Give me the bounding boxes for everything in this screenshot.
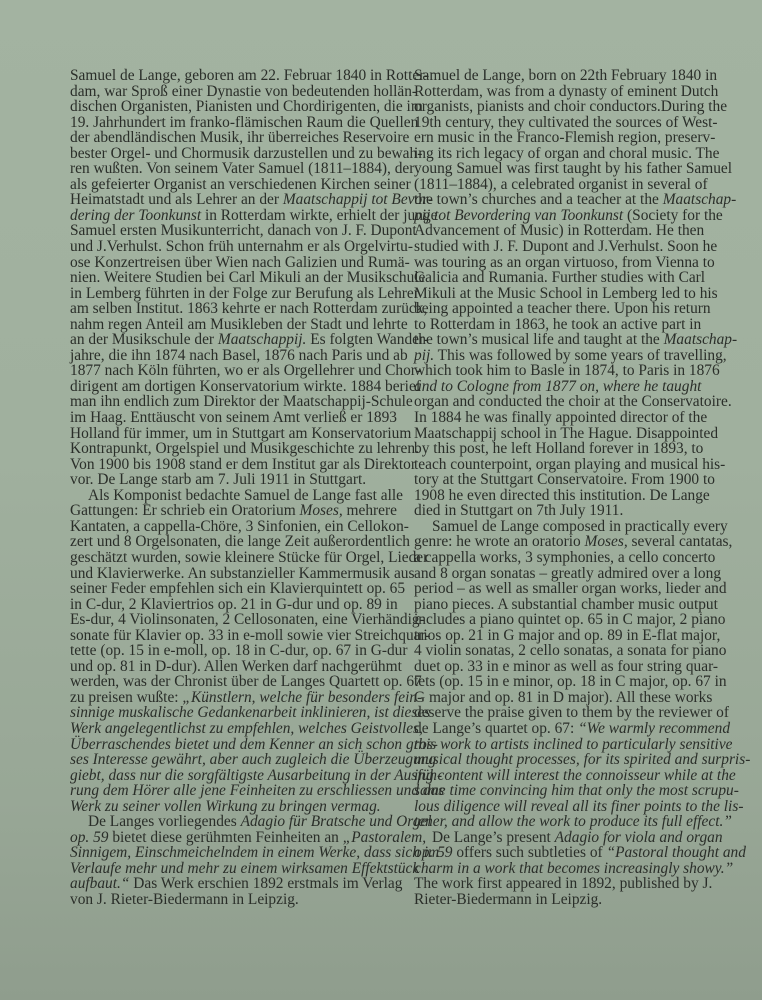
italic-text: op. 59 [70, 829, 108, 846]
text-run: tory at the Stuttgart Conservatoire. Fro… [414, 471, 715, 488]
text-run: de Lange’s quartet op. 67: [414, 720, 578, 737]
text-line: 1877 nach Köln führten, wo er als Orgell… [70, 363, 386, 379]
text-run: several cantatas, [628, 533, 733, 550]
text-run: Holland für immer, um in Stuttgart am Ko… [70, 425, 411, 442]
text-run: als gefeierter Organist an verschiedenen… [70, 176, 411, 193]
text-run: Samuel de Lange, born on 22th February 1… [414, 67, 717, 84]
italic-text: pij tot Bevordering van Toonkunst [414, 207, 623, 224]
text-line: 19. Jahrhundert im franko-flämischen Rau… [70, 115, 386, 131]
english-paragraph: De Lange’s present Adagio for viola and … [414, 830, 698, 908]
english-text-column: Samuel de Lange, born on 22th February 1… [414, 68, 698, 908]
text-line: und op. 81 in D-dur). Allen Werken darf … [70, 659, 386, 675]
text-run: 19. Jahrhundert im franko-flämischen Rau… [70, 114, 418, 131]
text-run: the town’s musical life and taught at th… [414, 331, 664, 348]
text-line: op. 59 offers such subtleties of “Pastor… [414, 845, 698, 861]
text-line: ern music in the Franco-Flemish region, … [414, 130, 698, 146]
text-run: died in Stuttgart on 7th July 1911. [414, 502, 623, 519]
text-line: duet op. 33 in e minor as well as four s… [414, 659, 698, 675]
italic-text: Überraschendes bietet und dem Kenner an … [70, 736, 438, 753]
text-run: am selben Institut. 1863 kehrte er nach … [70, 300, 427, 317]
text-line: Samuel de Lange composed in practically … [414, 519, 698, 535]
text-line: (1811–1884), a celebrated organist in se… [414, 177, 698, 193]
text-line: dam, war Sproß einer Dynastie von bedeut… [70, 84, 386, 100]
german-paragraph: De Langes vorliegendes Adagio für Bratsc… [70, 814, 386, 907]
text-line: to Rotterdam in 1863, he took an active … [414, 317, 698, 333]
text-line: 1908 he even directed this institution. … [414, 488, 698, 504]
text-line: and to Cologne from 1877 on, where he ta… [414, 379, 698, 395]
text-line: being appointed a teacher there. Upon hi… [414, 301, 698, 317]
text-line: this work to artists inclined to particu… [414, 737, 698, 753]
text-run: Als Komponist bedachte Samuel de Lange f… [88, 487, 403, 504]
text-run: Kontrapunkt, Orgelspiel und Musikgeschic… [70, 440, 419, 457]
text-line: Advancement of Music) in Rotterdam. He t… [414, 223, 698, 239]
text-line: Samuel ersten Musikunterricht, danach vo… [70, 223, 386, 239]
text-run: man ihn endlich zum Direktor der Maatsch… [70, 393, 413, 410]
text-line: giebt, dass nur die sorgfältigste Ausarb… [70, 768, 386, 784]
italic-text: “We warmly recommend [578, 720, 730, 737]
text-line: Werk zu seiner vollen Wirkung zu bringen… [70, 799, 386, 815]
text-line: ose Konzertreisen über Wien nach Galizie… [70, 255, 386, 271]
italic-text: ses Interesse gewährt, aber auch zugleic… [70, 751, 436, 768]
text-line: vor. De Lange starb am 7. Juli 1911 in S… [70, 472, 386, 488]
text-run: organ and conducted the choir at the Con… [414, 393, 732, 410]
italic-text: lous diligence will reveal all its finer… [414, 798, 743, 815]
text-run: organists, pianists and choir conductors… [414, 98, 727, 115]
text-run: Das Werk erschien 1892 erstmals im Verla… [129, 875, 402, 892]
text-line: pij. This was followed by some years of … [414, 348, 698, 364]
text-run: genre: he wrote an oratorio [414, 533, 585, 550]
text-line: seiner Feder empfehlen sich ein Klavierq… [70, 581, 386, 597]
text-line: teach counterpoint, organ playing and mu… [414, 457, 698, 473]
text-line: Maatschappij school in The Hague. Disapp… [414, 426, 698, 442]
text-run: piano pieces. A substantial chamber musi… [414, 596, 718, 613]
text-run: und J.Verhulst. Schon früh unternahm er … [70, 238, 413, 255]
text-run: The work first appeared in 1892, publish… [414, 875, 712, 892]
text-run: and 8 organ sonatas – greatly admired ov… [414, 565, 721, 582]
text-line: tory at the Stuttgart Conservatoire. Fro… [414, 472, 698, 488]
text-run: Galicia and Rumania. Further studies wit… [414, 269, 705, 286]
text-run: nien. Weitere Studien bei Carl Mikuli an… [70, 269, 425, 286]
text-run: 1908 he even directed this institution. … [414, 487, 710, 504]
text-run: to Rotterdam in 1863, he took an active … [414, 316, 701, 333]
text-line: lous diligence will reveal all its finer… [414, 799, 698, 815]
text-run: duet op. 33 in e minor as well as four s… [414, 658, 718, 675]
text-run: ose Konzertreisen über Wien nach Galizie… [70, 254, 410, 271]
text-run: studied with J. F. Dupont and J.Verhulst… [414, 238, 717, 255]
text-line: young Samuel was first taught by his fat… [414, 161, 698, 177]
text-line: Verlaufe mehr und mehr zu einem wirksame… [70, 861, 386, 877]
text-run: vor. De Lange starb am 7. Juli 1911 in S… [70, 471, 366, 488]
text-line: sinnige muskalische Gedankenarbeit inkli… [70, 705, 386, 721]
italic-text: pij. [414, 347, 434, 364]
text-line: dering der Toonkunst in Rotterdam wirkte… [70, 208, 386, 224]
text-line: Kontrapunkt, Orgelspiel und Musikgeschic… [70, 441, 386, 457]
english-paragraph: Samuel de Lange composed in practically … [414, 519, 698, 830]
text-line: zert und 8 Orgelsonaten, die lange Zeit … [70, 534, 386, 550]
text-line: im Haag. Enttäuscht von seinem Amt verli… [70, 410, 386, 426]
text-run: offers such subtleties of [452, 844, 606, 861]
italic-text: Maatschappij tot Bevor- [283, 191, 433, 208]
italic-text: Adagio for viola and organ [555, 829, 723, 846]
text-run: sonate für Klavier op. 33 in e-moll sowi… [70, 627, 430, 644]
text-line: tener, and allow the work to produce its… [414, 814, 698, 830]
text-run: (1811–1884), a celebrated organist in se… [414, 176, 708, 193]
text-run: und Klavierwerke. An substanzieller Kamm… [70, 565, 415, 582]
text-line: ing content will interest the connoisseu… [414, 768, 698, 784]
text-line: Überraschendes bietet und dem Kenner an … [70, 737, 386, 753]
italic-text: Maatschap- [664, 331, 738, 348]
text-run: Es-dur, 4 Violinsonaten, 2 Cellosonaten,… [70, 611, 425, 628]
text-run: zert und 8 Orgelsonaten, die lange Zeit … [70, 533, 410, 550]
text-run: geschätzt wurden, sowie kleinere Stücke … [70, 549, 428, 566]
text-run: was touring as an organ virtuoso, from V… [414, 254, 715, 271]
text-run: mehrere [343, 502, 397, 519]
text-line: Sinnigem, Einschmeichelndem in einem Wer… [70, 845, 386, 861]
text-line: an der Musikschule der Maatschappij. Es … [70, 332, 386, 348]
text-run: a cappella works, 3 symphonies, a cello … [414, 549, 715, 566]
text-run: Samuel de Lange composed in practically … [432, 518, 728, 535]
text-line: Heimatstadt und als Lehrer an der Maatsc… [70, 192, 386, 208]
text-run: dam, war Sproß einer Dynastie von bedeut… [70, 83, 417, 100]
text-line: and 8 organ sonatas – greatly admired ov… [414, 566, 698, 582]
text-run: which took him to Basle in 1874, to Pari… [414, 362, 720, 379]
text-line: 19th century, they cultivated the source… [414, 115, 698, 131]
text-line: sonate für Klavier op. 33 in e-moll sowi… [70, 628, 386, 644]
text-run: in Rotterdam wirkte, erhielt der junge [201, 207, 437, 224]
text-line: same time convincing him that only the m… [414, 783, 698, 799]
german-paragraph: Als Komponist bedachte Samuel de Lange f… [70, 488, 386, 814]
text-line: Mikuli at the Music School in Lemberg le… [414, 286, 698, 302]
text-line: charm in a work that becomes increasingl… [414, 861, 698, 877]
text-line: tets (op. 15 in e minor, op. 18 in C maj… [414, 674, 698, 690]
italic-text: ing content will interest the connoisseu… [414, 767, 736, 784]
italic-text: „Künstlern, welche für besonders fein- [182, 689, 422, 706]
text-line: Kantaten, a cappella-Chöre, 3 Sinfonien,… [70, 519, 386, 535]
text-run: in C-dur, 2 Klaviertrios op. 21 in G-dur… [70, 596, 398, 613]
text-line: organ and conducted the choir at the Con… [414, 394, 698, 410]
text-run: the town’s churches and a teacher at the [414, 191, 663, 208]
text-line: pij tot Bevordering van Toonkunst (Socie… [414, 208, 698, 224]
text-run: deserve the praise given to them by the … [414, 704, 729, 721]
text-line: tette (op. 15 in e-moll, op. 18 in C-dur… [70, 643, 386, 659]
text-line: dirigent am dortigen Konservatorium wirk… [70, 379, 386, 395]
german-paragraph: Samuel de Lange, geboren am 22. Februar … [70, 68, 386, 488]
text-run: dischen Organisten, Pianisten und Chordi… [70, 98, 423, 115]
text-line: man ihn endlich zum Direktor der Maatsch… [70, 394, 386, 410]
text-line: aufbaut.“ Das Werk erschien 1892 erstmal… [70, 876, 386, 892]
italic-text: Maatschappij. [218, 331, 307, 348]
text-run: in Lemberg führten in der Folge zur Beru… [70, 285, 419, 302]
text-line: Als Komponist bedachte Samuel de Lange f… [70, 488, 386, 504]
text-line: jahre, die ihn 1874 nach Basel, 1876 nac… [70, 348, 386, 364]
text-line: als gefeierter Organist an verschiedenen… [70, 177, 386, 193]
italic-text: sinnige muskalische Gedankenarbeit inkli… [70, 704, 430, 721]
text-run: Gattungen: Er schrieb ein Oratorium [70, 502, 300, 519]
text-run: dirigent am dortigen Konservatorium wirk… [70, 378, 421, 395]
text-line: de Lange’s quartet op. 67: “We warmly re… [414, 721, 698, 737]
text-run: seiner Feder empfehlen sich ein Klavierq… [70, 580, 405, 597]
text-run: tette (op. 15 in e-moll, op. 18 in C-dur… [70, 642, 408, 659]
italic-text: musical thought processes, for its spiri… [414, 751, 750, 768]
text-run: 4 violin sonatas, 2 cello sonatas, a son… [414, 642, 726, 659]
english-paragraph: Samuel de Lange, born on 22th February 1… [414, 68, 698, 519]
text-line: Holland für immer, um in Stuttgart am Ko… [70, 426, 386, 442]
italic-text: Sinnigem, Einschmeichelndem in einem Wer… [70, 844, 439, 861]
text-line: Es-dur, 4 Violinsonaten, 2 Cellosonaten,… [70, 612, 386, 628]
text-line: which took him to Basle in 1874, to Pari… [414, 363, 698, 379]
text-run: 1877 nach Köln führten, wo er als Orgell… [70, 362, 421, 379]
german-text-column: Samuel de Lange, geboren am 22. Februar … [70, 68, 386, 908]
text-line: a cappella works, 3 symphonies, a cello … [414, 550, 698, 566]
text-line: Gattungen: Er schrieb ein Oratorium Mose… [70, 503, 386, 519]
text-line: Werk angelegentlichst zu empfehlen, welc… [70, 721, 386, 737]
text-line: the town’s musical life and taught at th… [414, 332, 698, 348]
text-run: being appointed a teacher there. Upon hi… [414, 300, 711, 317]
text-run: Heimatstadt und als Lehrer an der [70, 191, 283, 208]
text-run: tets (op. 15 in e minor, op. 18 in C maj… [414, 673, 727, 690]
text-run: werden, was der Chronist über de Langes … [70, 673, 422, 690]
text-line: nahm regen Anteil am Musikleben der Stad… [70, 317, 386, 333]
text-line: the town’s churches and a teacher at the… [414, 192, 698, 208]
text-line: by this post, he left Holland forever in… [414, 441, 698, 457]
text-line: Galicia and Rumania. Further studies wit… [414, 270, 698, 286]
text-line: geschätzt wurden, sowie kleinere Stücke … [70, 550, 386, 566]
text-run: teach counterpoint, organ playing and mu… [414, 456, 725, 473]
text-run: an der Musikschule der [70, 331, 218, 348]
text-run: bietet diese gerühmten Feinheiten an [108, 829, 342, 846]
text-line: ing its rich legacy of organ and choral … [414, 146, 698, 162]
text-run: von J. Rieter-Biedermann in Leipzig. [70, 891, 299, 908]
text-run: De Langes vorliegendes [88, 813, 241, 830]
text-line: Samuel de Lange, geboren am 22. Februar … [70, 68, 386, 84]
text-run: jahre, die ihn 1874 nach Basel, 1876 nac… [70, 347, 408, 364]
text-run: by this post, he left Holland forever in… [414, 440, 703, 457]
text-run: Rieter-Biedermann in Leipzig. [414, 891, 602, 908]
text-run: Es folgten Wander- [306, 331, 429, 348]
text-line: period – as well as smaller organ works,… [414, 581, 698, 597]
italic-text: “Pastoral thought and [607, 844, 746, 861]
italic-text: Adagio für Bratsche und Orgel [241, 813, 432, 830]
text-run: Rotterdam, was from a dynasty of eminent… [414, 83, 718, 100]
text-line: G major and op. 81 in D major). All thes… [414, 690, 698, 706]
text-run: zu preisen wußte: [70, 689, 182, 706]
italic-text: giebt, dass nur die sorgfältigste Ausarb… [70, 767, 442, 784]
italic-text: charm in a work that becomes increasingl… [414, 860, 733, 877]
text-run: De Lange’s present [432, 829, 555, 846]
document-page: Samuel de Lange, geboren am 22. Februar … [0, 0, 762, 1000]
text-run: der abendländischen Musik, ihr überreich… [70, 129, 409, 146]
italic-text: aufbaut.“ [70, 875, 129, 892]
italic-text: Werk zu seiner vollen Wirkung zu bringen… [70, 798, 381, 815]
italic-text: op. 59 [414, 844, 452, 861]
text-line: dischen Organisten, Pianisten und Chordi… [70, 99, 386, 115]
italic-text: Maatschap- [663, 191, 737, 208]
text-line: De Langes vorliegendes Adagio für Bratsc… [70, 814, 386, 830]
text-run: ern music in the Franco-Flemish region, … [414, 129, 715, 146]
text-line: Rieter-Biedermann in Leipzig. [414, 892, 698, 908]
italic-text: Verlaufe mehr und mehr zu einem wirksame… [70, 860, 419, 877]
text-line: am selben Institut. 1863 kehrte er nach … [70, 301, 386, 317]
text-line: genre: he wrote an oratorio Moses, sever… [414, 534, 698, 550]
text-run: ren wußten. Von seinem Vater Samuel (181… [70, 160, 414, 177]
text-run: im Haag. Enttäuscht von seinem Amt verli… [70, 409, 397, 426]
italic-text: Moses, [300, 502, 343, 519]
text-run: Maatschappij school in The Hague. Disapp… [414, 425, 718, 442]
text-run: ing its rich legacy of organ and choral … [414, 145, 719, 162]
italic-text: Werk angelegentlichst zu empfehlen, welc… [70, 720, 423, 737]
text-run: G major and op. 81 in D major). All thes… [414, 689, 712, 706]
text-line: includes a piano quintet op. 65 in C maj… [414, 612, 698, 628]
text-run: period – as well as smaller organ works,… [414, 580, 727, 597]
italic-text: this work to artists inclined to particu… [414, 736, 732, 753]
text-line: und Klavierwerke. An substanzieller Kamm… [70, 566, 386, 582]
text-line: Von 1900 bis 1908 stand er dem Institut … [70, 457, 386, 473]
text-line: Rotterdam, was from a dynasty of eminent… [414, 84, 698, 100]
text-line: ren wußten. Von seinem Vater Samuel (181… [70, 161, 386, 177]
text-line: De Lange’s present Adagio for viola and … [414, 830, 698, 846]
text-run: Kantaten, a cappella-Chöre, 3 Sinfonien,… [70, 518, 409, 535]
text-line: op. 59 bietet diese gerühmten Feinheiten… [70, 830, 386, 846]
text-run: Samuel de Lange, geboren am 22. Februar … [70, 67, 429, 84]
text-run: nahm regen Anteil am Musikleben der Stad… [70, 316, 408, 333]
text-run: includes a piano quintet op. 65 in C maj… [414, 611, 725, 628]
text-run: In 1884 he was finally appointed directo… [414, 409, 707, 426]
italic-text: tener, and allow the work to produce its… [414, 813, 732, 830]
text-run: 19th century, they cultivated the source… [414, 114, 718, 131]
text-line: bester Orgel- und Chormusik darzustellen… [70, 146, 386, 162]
text-run: trios op. 21 in G major and op. 89 in E-… [414, 627, 720, 644]
text-run: (Society for the [623, 207, 723, 224]
text-line: piano pieces. A substantial chamber musi… [414, 597, 698, 613]
text-run: und op. 81 in D-dur). Allen Werken darf … [70, 658, 402, 675]
text-line: zu preisen wußte: „Künstlern, welche für… [70, 690, 386, 706]
text-line: und J.Verhulst. Schon früh unternahm er … [70, 239, 386, 255]
text-run: This was followed by some years of trave… [434, 347, 727, 364]
text-run: Von 1900 bis 1908 stand er dem Institut … [70, 456, 416, 473]
text-line: organists, pianists and choir conductors… [414, 99, 698, 115]
text-line: studied with J. F. Dupont and J.Verhulst… [414, 239, 698, 255]
italic-text: Moses, [585, 533, 628, 550]
text-line: nien. Weitere Studien bei Carl Mikuli an… [70, 270, 386, 286]
text-run: Mikuli at the Music School in Lemberg le… [414, 285, 718, 302]
text-line: died in Stuttgart on 7th July 1911. [414, 503, 698, 519]
text-run: young Samuel was first taught by his fat… [414, 160, 732, 177]
text-line: in Lemberg führten in der Folge zur Beru… [70, 286, 386, 302]
text-line: trios op. 21 in G major and op. 89 in E-… [414, 628, 698, 644]
text-run: Advancement of Music) in Rotterdam. He t… [414, 222, 704, 239]
text-line: In 1884 he was finally appointed directo… [414, 410, 698, 426]
text-line: The work first appeared in 1892, publish… [414, 876, 698, 892]
italic-text: rung dem Hörer alle jene Feinheiten zu e… [70, 782, 444, 799]
italic-text: dering der Toonkunst [70, 207, 201, 224]
text-line: werden, was der Chronist über de Langes … [70, 674, 386, 690]
italic-text: same time convincing him that only the m… [414, 782, 739, 799]
text-line: ses Interesse gewährt, aber auch zugleic… [70, 752, 386, 768]
text-line: rung dem Hörer alle jene Feinheiten zu e… [70, 783, 386, 799]
text-run: Samuel ersten Musikunterricht, danach vo… [70, 222, 417, 239]
text-line: was touring as an organ virtuoso, from V… [414, 255, 698, 271]
text-line: der abendländischen Musik, ihr überreich… [70, 130, 386, 146]
text-line: in C-dur, 2 Klaviertrios op. 21 in G-dur… [70, 597, 386, 613]
text-line: 4 violin sonatas, 2 cello sonatas, a son… [414, 643, 698, 659]
italic-text: and to Cologne from 1877 on, where he ta… [414, 378, 701, 395]
text-line: deserve the praise given to them by the … [414, 705, 698, 721]
text-line: Samuel de Lange, born on 22th February 1… [414, 68, 698, 84]
text-line: musical thought processes, for its spiri… [414, 752, 698, 768]
text-line: von J. Rieter-Biedermann in Leipzig. [70, 892, 386, 908]
text-run: bester Orgel- und Chormusik darzustellen… [70, 145, 422, 162]
